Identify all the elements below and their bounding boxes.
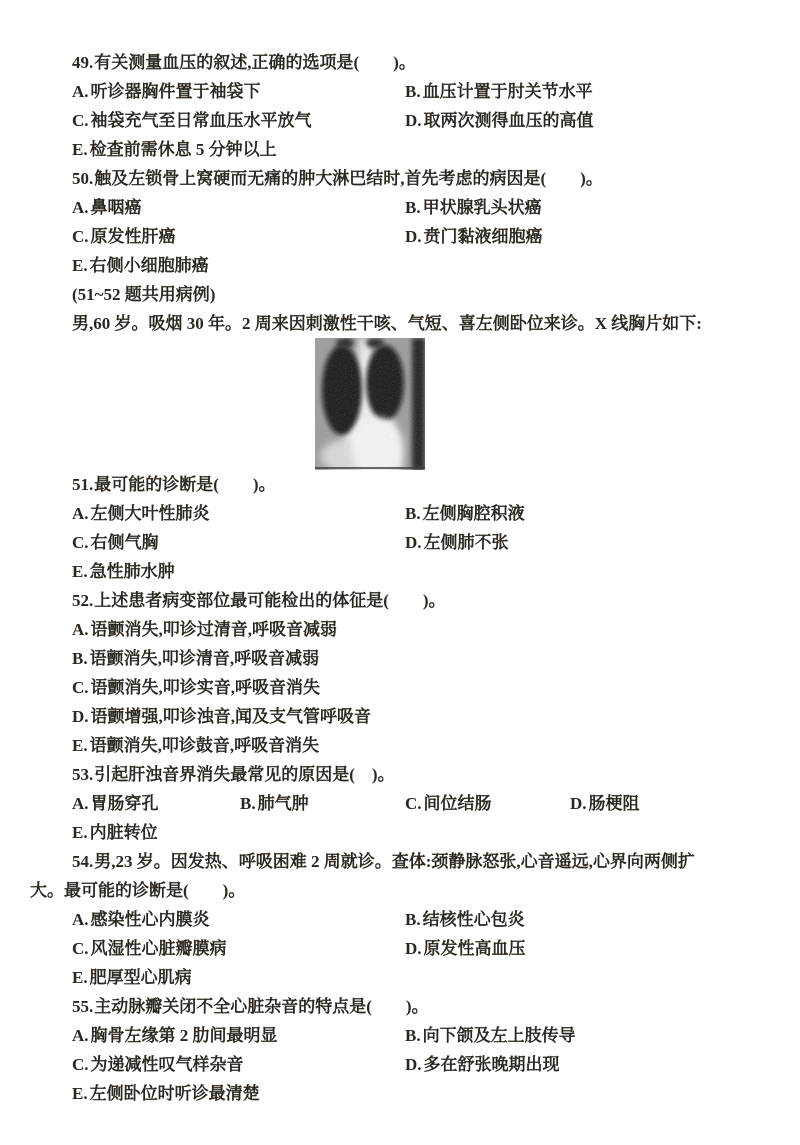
option-label: C. <box>72 533 89 552</box>
option-text: 袖袋充气至日常血压水平放气 <box>91 111 312 130</box>
option-label: B. <box>405 82 421 101</box>
question-53-options-row-2: E.内脏转位 <box>72 818 800 847</box>
option-b: B.甲状腺乳头状癌 <box>405 193 800 222</box>
question-52-option-a: A.语颤消失,叩诊过清音,呼吸音减弱 <box>72 615 800 644</box>
question-53: 53.引起肝浊音界消失最常见的原因是( )。 A.胃肠穿孔 B.肺气肿 C.间位… <box>0 760 800 847</box>
question-text: 最可能的诊断是( )。 <box>94 475 275 494</box>
question-49: 49.有关测量血压的叙述,正确的选项是( )。 A.听诊器胸件置于袖袋下 B.血… <box>0 48 800 164</box>
question-49-options-row-3: E.检查前需休息 5 分钟以上 <box>72 135 800 164</box>
option-label: B. <box>405 198 421 217</box>
option-label: E. <box>72 736 88 755</box>
option-text: 语颤消失,叩诊清音,呼吸音减弱 <box>90 649 320 668</box>
question-54-options-row-2: C.风湿性心脏瓣膜病 D.原发性高血压 <box>72 934 800 963</box>
option-a: A.胸骨左缘第 2 肋间最明显 <box>72 1021 405 1050</box>
option-text: 语颤消失,叩诊鼓音,呼吸音消失 <box>90 736 320 755</box>
option-text: 左侧胸腔积液 <box>423 504 525 523</box>
option-d: D.多在舒张晚期出现 <box>405 1050 800 1079</box>
scanned-exam-page: 49.有关测量血压的叙述,正确的选项是( )。 A.听诊器胸件置于袖袋下 B.血… <box>0 0 800 1108</box>
option-text: 左侧大叶性肺炎 <box>91 504 210 523</box>
question-55-options-row-3: E.左侧卧位时听诊最清楚 <box>72 1079 800 1108</box>
question-51-stem: 51.最可能的诊断是( )。 <box>72 470 800 499</box>
option-c: C.袖袋充气至日常血压水平放气 <box>72 106 405 135</box>
question-51-options-row-1: A.左侧大叶性肺炎 B.左侧胸腔积液 <box>72 499 800 528</box>
option-b: B.左侧胸腔积液 <box>405 499 800 528</box>
question-51-options-row-2: C.右侧气胸 D.左侧肺不张 <box>72 528 800 557</box>
option-text: 内脏转位 <box>90 823 158 842</box>
question-number: 53. <box>72 765 93 784</box>
question-54-options-row-3: E.肥厚型心肌病 <box>72 963 800 992</box>
option-text: 胃肠穿孔 <box>91 794 159 813</box>
option-text: 为递减性叹气样杂音 <box>91 1055 244 1074</box>
question-52-option-d: D.语颤增强,叩诊浊音,闻及支气管呼吸音 <box>72 702 800 731</box>
option-label: E. <box>72 256 88 275</box>
option-text: 胸骨左缘第 2 肋间最明显 <box>91 1026 278 1045</box>
chest-xray-image <box>315 338 425 470</box>
question-50-options-row-3: E.右侧小细胞肺癌 <box>72 251 800 280</box>
option-b: B.向下颌及左上肢传导 <box>405 1021 800 1050</box>
option-text: 左侧卧位时听诊最清楚 <box>90 1084 260 1103</box>
option-label: D. <box>570 794 587 813</box>
question-50-options-row-2: C.原发性肝癌 D.贲门黏液细胞癌 <box>72 222 800 251</box>
option-d: D.取两次测得血压的高值 <box>405 106 800 135</box>
option-label: A. <box>72 910 89 929</box>
option-label: E. <box>72 968 88 987</box>
question-number: 51. <box>72 475 93 494</box>
option-label: A. <box>72 504 89 523</box>
option-c: C.间位结肠 <box>405 789 570 818</box>
option-label: E. <box>72 140 88 159</box>
question-54-stem-line2: 大。最可能的诊断是( )。 <box>30 876 800 905</box>
option-d: D.左侧肺不张 <box>405 528 800 557</box>
question-number: 55. <box>72 997 93 1016</box>
option-text: 左侧肺不张 <box>424 533 509 552</box>
option-b: B.血压计置于肘关节水平 <box>405 77 800 106</box>
option-label: C. <box>72 227 89 246</box>
option-label: B. <box>405 1026 421 1045</box>
option-text: 语颤消失,叩诊实音,呼吸音消失 <box>91 678 321 697</box>
option-d: D.原发性高血压 <box>405 934 800 963</box>
question-50-stem: 50.触及左锁骨上窝硬而无痛的肿大淋巴结时,首先考虑的病因是( )。 <box>72 164 800 193</box>
option-label: D. <box>405 111 422 130</box>
question-55-stem: 55.主动脉瓣关闭不全心脏杂音的特点是( )。 <box>72 992 800 1021</box>
question-49-options-row-2: C.袖袋充气至日常血压水平放气 D.取两次测得血压的高值 <box>72 106 800 135</box>
option-b: B.肺气肿 <box>240 789 405 818</box>
option-c: C.原发性肝癌 <box>72 222 405 251</box>
option-a: A.听诊器胸件置于袖袋下 <box>72 77 405 106</box>
question-52-option-c: C.语颤消失,叩诊实音,呼吸音消失 <box>72 673 800 702</box>
question-52-option-b: B.语颤消失,叩诊清音,呼吸音减弱 <box>72 644 800 673</box>
option-label: A. <box>72 198 89 217</box>
case-description: 男,60 岁。吸烟 30 年。2 周来因刺激性干咳、气短、喜左侧卧位来诊。X 线… <box>72 309 800 338</box>
question-55-options-row-2: C.为递减性叹气样杂音 D.多在舒张晚期出现 <box>72 1050 800 1079</box>
option-text: 肺气肿 <box>258 794 309 813</box>
question-54-stem-line1: 54.男,23 岁。因发热、呼吸困难 2 周就诊。查体:颈静脉怒张,心音遥远,心… <box>72 847 800 876</box>
chest-xray-graphic <box>315 338 425 470</box>
question-52-stem: 52.上述患者病变部位最可能检出的体征是( )。 <box>72 586 800 615</box>
question-55: 55.主动脉瓣关闭不全心脏杂音的特点是( )。 A.胸骨左缘第 2 肋间最明显 … <box>0 992 800 1108</box>
option-text: 语颤增强,叩诊浊音,闻及支气管呼吸音 <box>91 707 372 726</box>
option-text: 检查前需休息 5 分钟以上 <box>90 140 277 159</box>
option-text: 取两次测得血压的高值 <box>424 111 594 130</box>
option-text: 风湿性心脏瓣膜病 <box>91 939 227 958</box>
option-d: D.贲门黏液细胞癌 <box>405 222 800 251</box>
option-text: 右侧气胸 <box>91 533 159 552</box>
option-label: B. <box>405 504 421 523</box>
option-label: A. <box>72 794 89 813</box>
option-e: E.右侧小细胞肺癌 <box>72 256 209 275</box>
option-label: A. <box>72 1026 89 1045</box>
question-number: 54. <box>72 852 93 871</box>
option-e: E.急性肺水肿 <box>72 562 175 581</box>
question-50: 50.触及左锁骨上窝硬而无痛的肿大淋巴结时,首先考虑的病因是( )。 A.鼻咽癌… <box>0 164 800 280</box>
question-number: 52. <box>72 591 93 610</box>
option-label: B. <box>72 649 88 668</box>
option-text: 原发性高血压 <box>424 939 526 958</box>
option-e: E.检查前需休息 5 分钟以上 <box>72 140 277 159</box>
option-text: 鼻咽癌 <box>91 198 142 217</box>
option-b: B.结核性心包炎 <box>405 905 800 934</box>
option-a: A.胃肠穿孔 <box>72 789 240 818</box>
option-text: 急性肺水肿 <box>90 562 175 581</box>
option-d: D.肠梗阻 <box>570 789 800 818</box>
option-label: C. <box>72 939 89 958</box>
question-49-stem: 49.有关测量血压的叙述,正确的选项是( )。 <box>72 48 800 77</box>
question-55-options-row-1: A.胸骨左缘第 2 肋间最明显 B.向下颌及左上肢传导 <box>72 1021 800 1050</box>
option-text: 肥厚型心肌病 <box>90 968 192 987</box>
option-label: B. <box>240 794 256 813</box>
option-label: C. <box>72 111 89 130</box>
option-text: 右侧小细胞肺癌 <box>90 256 209 275</box>
option-text: 甲状腺乳头状癌 <box>423 198 542 217</box>
question-51: 51.最可能的诊断是( )。 A.左侧大叶性肺炎 B.左侧胸腔积液 C.右侧气胸… <box>0 470 800 586</box>
option-e: E.肥厚型心肌病 <box>72 968 192 987</box>
question-51-options-row-3: E.急性肺水肿 <box>72 557 800 586</box>
option-a: A.左侧大叶性肺炎 <box>72 499 405 528</box>
option-text: 向下颌及左上肢传导 <box>423 1026 576 1045</box>
question-53-stem: 53.引起肝浊音界消失最常见的原因是( )。 <box>72 760 800 789</box>
question-text: 男,23 岁。因发热、呼吸困难 2 周就诊。查体:颈静脉怒张,心音遥远,心界向两… <box>94 852 695 871</box>
question-text: 引起肝浊音界消失最常见的原因是( )。 <box>94 765 394 784</box>
option-label: C. <box>72 678 89 697</box>
option-text: 感染性心内膜炎 <box>91 910 210 929</box>
option-text: 语颤消失,叩诊过清音,呼吸音减弱 <box>91 620 338 639</box>
question-number: 49. <box>72 53 93 72</box>
option-a: A.鼻咽癌 <box>72 193 405 222</box>
option-text: 贲门黏液细胞癌 <box>424 227 543 246</box>
question-text: 有关测量血压的叙述,正确的选项是( )。 <box>94 53 416 72</box>
option-label: C. <box>72 1055 89 1074</box>
option-text: 间位结肠 <box>424 794 492 813</box>
option-c: C.右侧气胸 <box>72 528 405 557</box>
question-number: 50. <box>72 169 93 188</box>
option-text: 血压计置于肘关节水平 <box>423 82 593 101</box>
option-label: D. <box>72 707 89 726</box>
option-text: 结核性心包炎 <box>423 910 525 929</box>
question-50-options-row-1: A.鼻咽癌 B.甲状腺乳头状癌 <box>72 193 800 222</box>
option-c: C.为递减性叹气样杂音 <box>72 1050 405 1079</box>
option-label: D. <box>405 227 422 246</box>
question-54: 54.男,23 岁。因发热、呼吸困难 2 周就诊。查体:颈静脉怒张,心音遥远,心… <box>0 847 800 992</box>
option-text: 多在舒张晚期出现 <box>424 1055 560 1074</box>
question-text: 上述患者病变部位最可能检出的体征是( )。 <box>94 591 445 610</box>
option-label: D. <box>405 533 422 552</box>
option-c: C.风湿性心脏瓣膜病 <box>72 934 405 963</box>
option-label: B. <box>405 910 421 929</box>
question-49-options-row-1: A.听诊器胸件置于袖袋下 B.血压计置于肘关节水平 <box>72 77 800 106</box>
option-label: E. <box>72 562 88 581</box>
option-text: 原发性肝癌 <box>91 227 176 246</box>
option-label: D. <box>405 1055 422 1074</box>
option-e: E.内脏转位 <box>72 823 158 842</box>
option-a: A.感染性心内膜炎 <box>72 905 405 934</box>
option-e: E.左侧卧位时听诊最清楚 <box>72 1084 260 1103</box>
option-label: E. <box>72 1084 88 1103</box>
option-text: 肠梗阻 <box>589 794 640 813</box>
question-54-options-row-1: A.感染性心内膜炎 B.结核性心包炎 <box>72 905 800 934</box>
option-label: C. <box>405 794 422 813</box>
option-text: 听诊器胸件置于袖袋下 <box>91 82 261 101</box>
option-label: E. <box>72 823 88 842</box>
case-header: (51~52 题共用病例) <box>72 280 800 309</box>
question-52-option-e: E.语颤消失,叩诊鼓音,呼吸音消失 <box>72 731 800 760</box>
option-label: A. <box>72 82 89 101</box>
question-text: 触及左锁骨上窝硬而无痛的肿大淋巴结时,首先考虑的病因是( )。 <box>94 169 603 188</box>
case-block: (51~52 题共用病例) 男,60 岁。吸烟 30 年。2 周来因刺激性干咳、… <box>0 280 800 470</box>
question-53-options-row-1: A.胃肠穿孔 B.肺气肿 C.间位结肠 D.肠梗阻 <box>72 789 800 818</box>
question-text: 主动脉瓣关闭不全心脏杂音的特点是( )。 <box>94 997 428 1016</box>
option-label: D. <box>405 939 422 958</box>
question-52: 52.上述患者病变部位最可能检出的体征是( )。 A.语颤消失,叩诊过清音,呼吸… <box>0 586 800 760</box>
option-label: A. <box>72 620 89 639</box>
